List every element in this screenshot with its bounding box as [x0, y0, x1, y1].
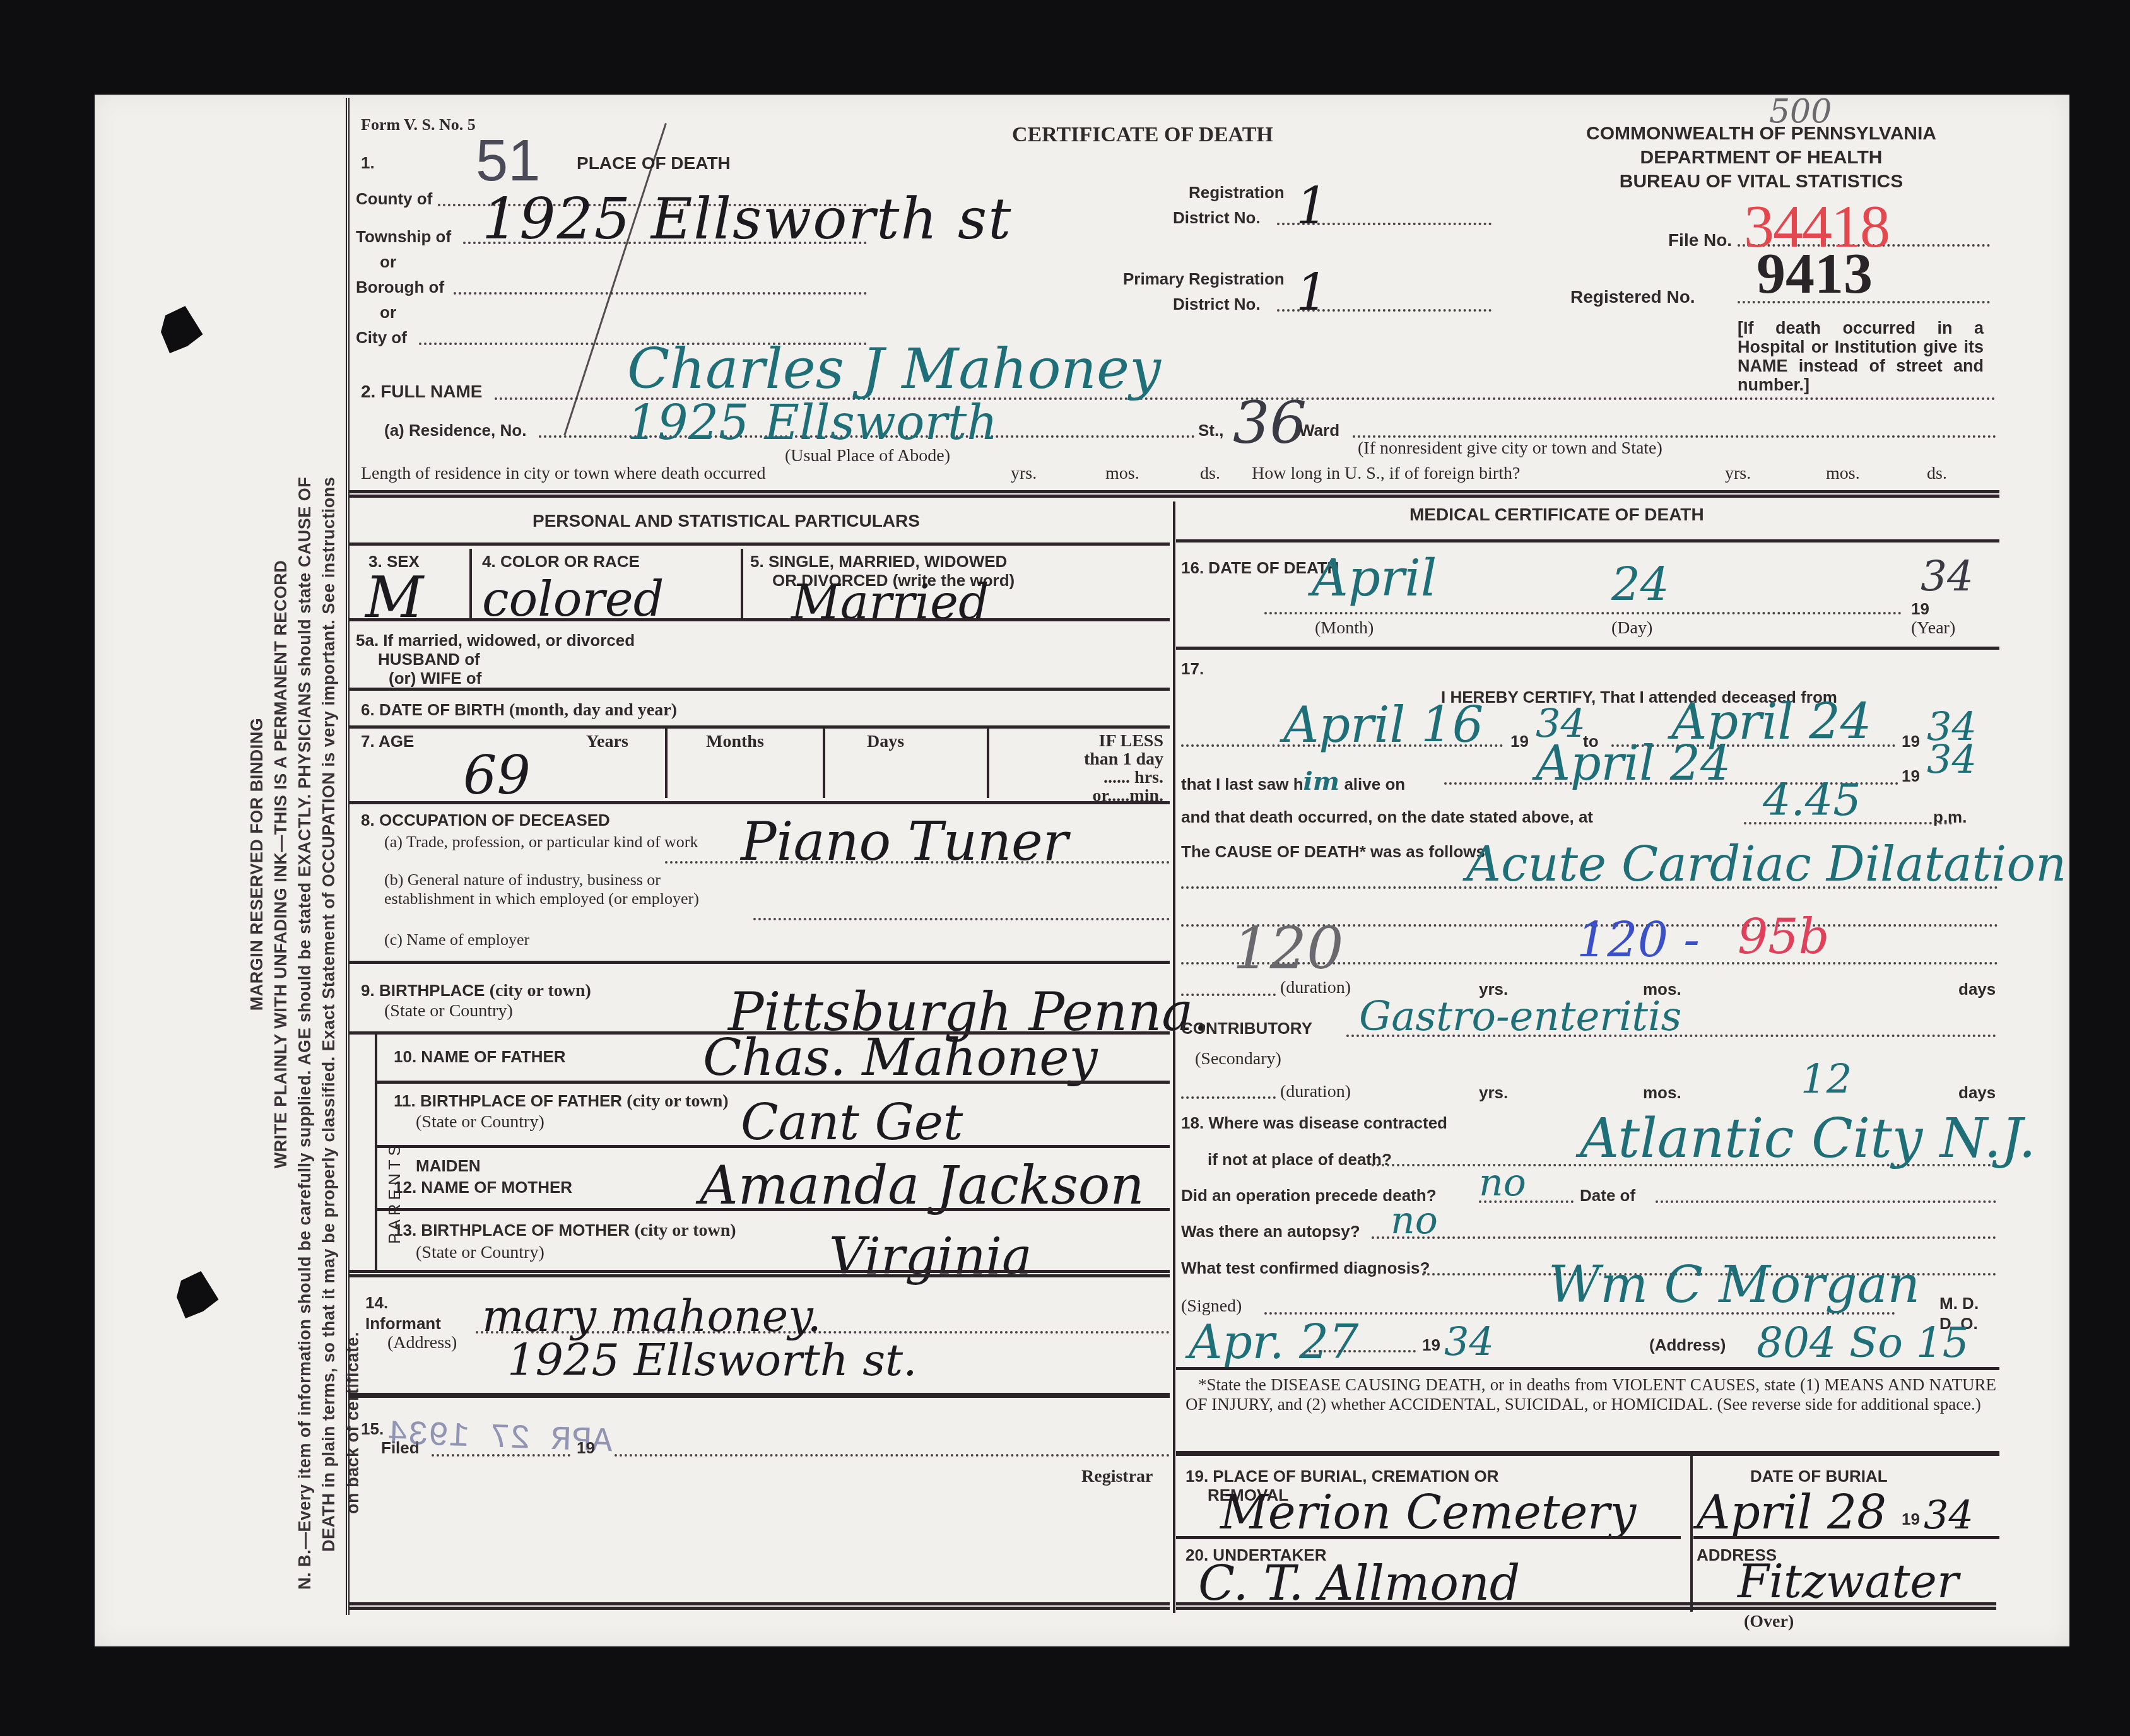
birthplace-state-label: (State or Country): [384, 1001, 513, 1021]
day-label: (Day): [1611, 618, 1652, 638]
mos-label: mos.: [1105, 464, 1139, 484]
informant-address-label: (Address): [387, 1333, 457, 1353]
agency-commonwealth: COMMONWEALTH OF PENNSYLVANIA: [1586, 122, 1936, 146]
place-of-death-value: 1925 Ellsworth st: [482, 186, 1012, 252]
last-saw-date: April 24: [1536, 735, 1731, 791]
ward-field: [1353, 435, 1996, 438]
personal-header: PERSONAL AND STATISTICAL PARTICULARS: [532, 511, 920, 531]
test-label: What test confirmed diagnosis?: [1181, 1258, 1430, 1278]
mother-birthplace-state-label: (State or Country): [416, 1243, 544, 1263]
autopsy-value: no: [1391, 1199, 1438, 1243]
mother-name-value: Amanda Jackson: [700, 1154, 1144, 1216]
primary-district-value: 1: [1296, 263, 1328, 322]
days-label: Days: [867, 732, 904, 752]
filed-year-prefix: 19: [577, 1438, 595, 1458]
father-name-label: 10. NAME OF FATHER: [394, 1047, 566, 1067]
registered-number: 9413: [1756, 240, 1873, 307]
if-not-label: if not at place of death?: [1208, 1150, 1392, 1170]
year-prefix: 19: [1902, 766, 1920, 786]
duration-label: (duration): [1280, 978, 1351, 998]
occupation-value: Piano Tuner: [741, 811, 1068, 872]
last-saw-label: that I last saw him alive on: [1181, 766, 1405, 796]
wife-label: (or) WIFE of: [389, 669, 481, 688]
township-label: Township of: [356, 227, 451, 247]
occupation-b-label: (b) General nature of industry, business…: [384, 871, 700, 908]
date-of-death-month: April: [1312, 549, 1437, 607]
residence-label: (a) Residence, No.: [384, 421, 526, 440]
occupation-label: 8. OCCUPATION OF DECEASED: [361, 811, 610, 830]
date-of-death-day: 24: [1611, 558, 1669, 611]
registrar-label: Registrar: [1081, 1467, 1153, 1487]
hospital-note: [If death occurred in a Hospital or Inst…: [1738, 319, 1984, 394]
maiden-label: MAIDEN: [416, 1156, 481, 1176]
stamp-number: 51: [476, 128, 540, 194]
age-label: 7. AGE: [361, 732, 414, 751]
or-label: or: [380, 303, 396, 322]
year-label: (Year): [1911, 618, 1955, 638]
age-value: 69: [463, 744, 531, 806]
operation-date-label: Date of: [1580, 1186, 1635, 1205]
yrs-label: yrs.: [1011, 464, 1037, 484]
cause-of-death-value: Acute Cardiac Dilatation: [1466, 836, 2066, 892]
primary-registration-label: Primary Registration: [1123, 269, 1285, 289]
burial-date-label: DATE OF BURIAL: [1750, 1467, 1888, 1486]
yrs-label: yrs.: [1725, 464, 1751, 484]
certificate-form: Form V. S. No. 5 51 CERTIFICATE OF DEATH…: [346, 98, 2005, 1615]
marital-label: 5. SINGLE, MARRIED, WIDOWED: [750, 552, 1007, 572]
ward-value: 36: [1233, 389, 1307, 457]
date-of-death-year: 34: [1921, 552, 1974, 601]
street-label: St.,: [1198, 421, 1223, 440]
column-divider: [1173, 501, 1175, 1613]
attended-from-date: April 16: [1283, 697, 1483, 754]
last-saw-year: 34: [1927, 736, 1977, 782]
autopsy-label: Was there an autopsy?: [1181, 1222, 1360, 1241]
month-label: (Month): [1315, 618, 1374, 638]
page-title: CERTIFICATE OF DEATH: [1012, 123, 1273, 147]
ward-label: Ward: [1299, 421, 1339, 440]
duration-label: (duration): [1280, 1082, 1351, 1102]
item-15-num: 15.: [361, 1419, 384, 1439]
or-label: or: [380, 252, 396, 272]
burial-year-value: 34: [1924, 1492, 1974, 1538]
signed-year: 34: [1444, 1318, 1494, 1364]
item-14-num: 14.: [365, 1293, 388, 1313]
secondary-label: (Secondary): [1195, 1049, 1281, 1069]
margin-nb-2: DEATH in plain terms, so that it may be …: [317, 139, 341, 1590]
father-birthplace-value: Cant Get: [741, 1094, 963, 1151]
days-label: days: [1958, 1083, 1996, 1103]
county-label: County of: [356, 189, 432, 209]
burial-place-label: 19. PLACE OF BURIAL, CREMATION OR: [1186, 1467, 1498, 1486]
year-prefix: 19: [1911, 599, 1929, 619]
mos-label: mos.: [1826, 464, 1860, 484]
year-prefix: 19: [1902, 732, 1920, 751]
father-birthplace-label: 11. BIRTHPLACE OF FATHER (city or town): [394, 1091, 729, 1111]
less-than-day: IF LESSthan 1 day...... hrs.or.....min.: [999, 732, 1163, 805]
contributory-value: Gastro-enteritis: [1359, 994, 1681, 1040]
occupation-a-label: (a) Trade, profession, or particular kin…: [384, 833, 700, 852]
abode-note: (Usual Place of Abode): [785, 446, 950, 466]
physician-address-value: 804 So 15: [1756, 1318, 1969, 1367]
margin-binding: MARGIN RESERVED FOR BINDING: [245, 139, 269, 1590]
year-prefix: 19: [1902, 1510, 1920, 1529]
form-number: Form V. S. No. 5: [361, 115, 476, 134]
race-label: 4. COLOR OR RACE: [482, 552, 640, 572]
physician-address-label: (Address): [1649, 1335, 1726, 1355]
time-suffix: p.m.: [1933, 807, 1967, 827]
years-label: Years: [586, 732, 628, 752]
primary-district-label: District No.: [1173, 295, 1261, 314]
margin-nb-1: N. B.—Every item of information should b…: [293, 139, 317, 1590]
item-17-num: 17.: [1181, 659, 1204, 679]
cause-code-pencil: 120: [1233, 915, 1344, 982]
mos-label: mos.: [1643, 1083, 1681, 1103]
district-label: District No.: [1173, 208, 1261, 228]
agency-bureau: BUREAU OF VITAL STATISTICS: [1586, 170, 1936, 194]
months-label: Months: [706, 732, 764, 752]
yrs-label: yrs.: [1479, 1083, 1508, 1103]
city-label: City of: [356, 328, 407, 348]
us-residence-label: How long in U. S., if of foreign birth?: [1252, 464, 1520, 484]
over-label: (Over): [1744, 1612, 1794, 1632]
full-name-value: Charles J Mahoney: [627, 336, 1161, 401]
ds-label: ds.: [1927, 464, 1947, 484]
item-1-num: 1.: [361, 153, 375, 173]
dob-label: 6. DATE OF BIRTH (month, day and year): [361, 700, 677, 720]
signed-date: Apr. 27: [1189, 1315, 1358, 1369]
year-prefix: 19: [1510, 732, 1529, 751]
ds-label: ds.: [1200, 464, 1220, 484]
cause-footnote: *State the DISEASE CAUSING DEATH, or in …: [1186, 1375, 1996, 1414]
year-prefix: 19: [1422, 1335, 1440, 1355]
operation-value: no: [1479, 1161, 1526, 1205]
contributory-label: CONTRIBUTORY: [1181, 1019, 1312, 1038]
burial-place-value: Merion Cemetery: [1220, 1486, 1636, 1540]
cause-code-blue: 120 -: [1577, 912, 1700, 968]
margin-instructions: MARGIN RESERVED FOR BINDING WRITE PLAINL…: [245, 139, 352, 1590]
agency-department: DEPARTMENT OF HEALTH: [1586, 146, 1936, 170]
disease-contracted-label: 18. Where was disease contracted: [1181, 1113, 1447, 1133]
days-label: days: [1958, 980, 1996, 999]
cause-of-death-label: The CAUSE OF DEATH* was as follows:: [1181, 842, 1491, 862]
death-time-label: and that death occurred, on the date sta…: [1181, 807, 1593, 827]
nonresident-note: (If nonresident give city or town and St…: [1358, 438, 1662, 459]
husband-label: HUSBAND of: [378, 650, 480, 669]
borough-field: [454, 292, 867, 295]
medical-header: MEDICAL CERTIFICATE OF DEATH: [1409, 505, 1704, 525]
registration-district-value: 1: [1296, 177, 1328, 235]
section-divider: [350, 490, 1999, 498]
death-time-value: 4.45: [1763, 774, 1861, 826]
mother-birthplace-label: 13. BIRTHPLACE OF MOTHER (city or town): [394, 1221, 736, 1241]
spouse-label: 5a. If married, widowed, or divorced: [356, 631, 635, 650]
contributory-duration-days: 12: [1801, 1057, 1852, 1103]
agency-block: COMMONWEALTH OF PENNSYLVANIA DEPARTMENT …: [1586, 122, 1936, 194]
borough-label: Borough of: [356, 278, 444, 297]
occupation-c-label: (c) Name of employer: [384, 930, 529, 949]
file-no-label: File No.: [1668, 230, 1732, 250]
physician-signature: Wm C Morgan: [1548, 1255, 1920, 1314]
cause-code-red: 95b: [1738, 908, 1829, 965]
margin-permanent: WRITE PLAINLY WITH UNFADING INK—THIS IS …: [269, 139, 293, 1590]
informant-label: Informant: [365, 1314, 441, 1334]
mother-name-label: 12. NAME OF MOTHER: [394, 1178, 572, 1197]
registration-label: Registration: [1189, 183, 1285, 202]
informant-address-value: 1925 Ellsworth st.: [507, 1334, 917, 1386]
burial-date-value: April 28: [1697, 1486, 1886, 1540]
father-birthplace-state-label: (State or Country): [416, 1112, 544, 1132]
disease-contracted-value: Atlantic City N.J.: [1580, 1107, 2036, 1170]
length-of-residence-label: Length of residence in city or town wher…: [361, 464, 765, 484]
undertaker-address-value: Fitzwater: [1738, 1555, 1958, 1608]
signed-label: (Signed): [1181, 1296, 1242, 1317]
registered-no-label: Registered No.: [1570, 287, 1695, 307]
marital-value: Married: [791, 574, 989, 630]
residence-value: 1925 Ellsworth: [627, 394, 997, 450]
birthplace-label: 9. BIRTHPLACE (city or town): [361, 981, 591, 1001]
full-name-label: 2. FULL NAME: [361, 382, 482, 402]
father-name-value: Chas. Mahoney: [703, 1028, 1098, 1087]
